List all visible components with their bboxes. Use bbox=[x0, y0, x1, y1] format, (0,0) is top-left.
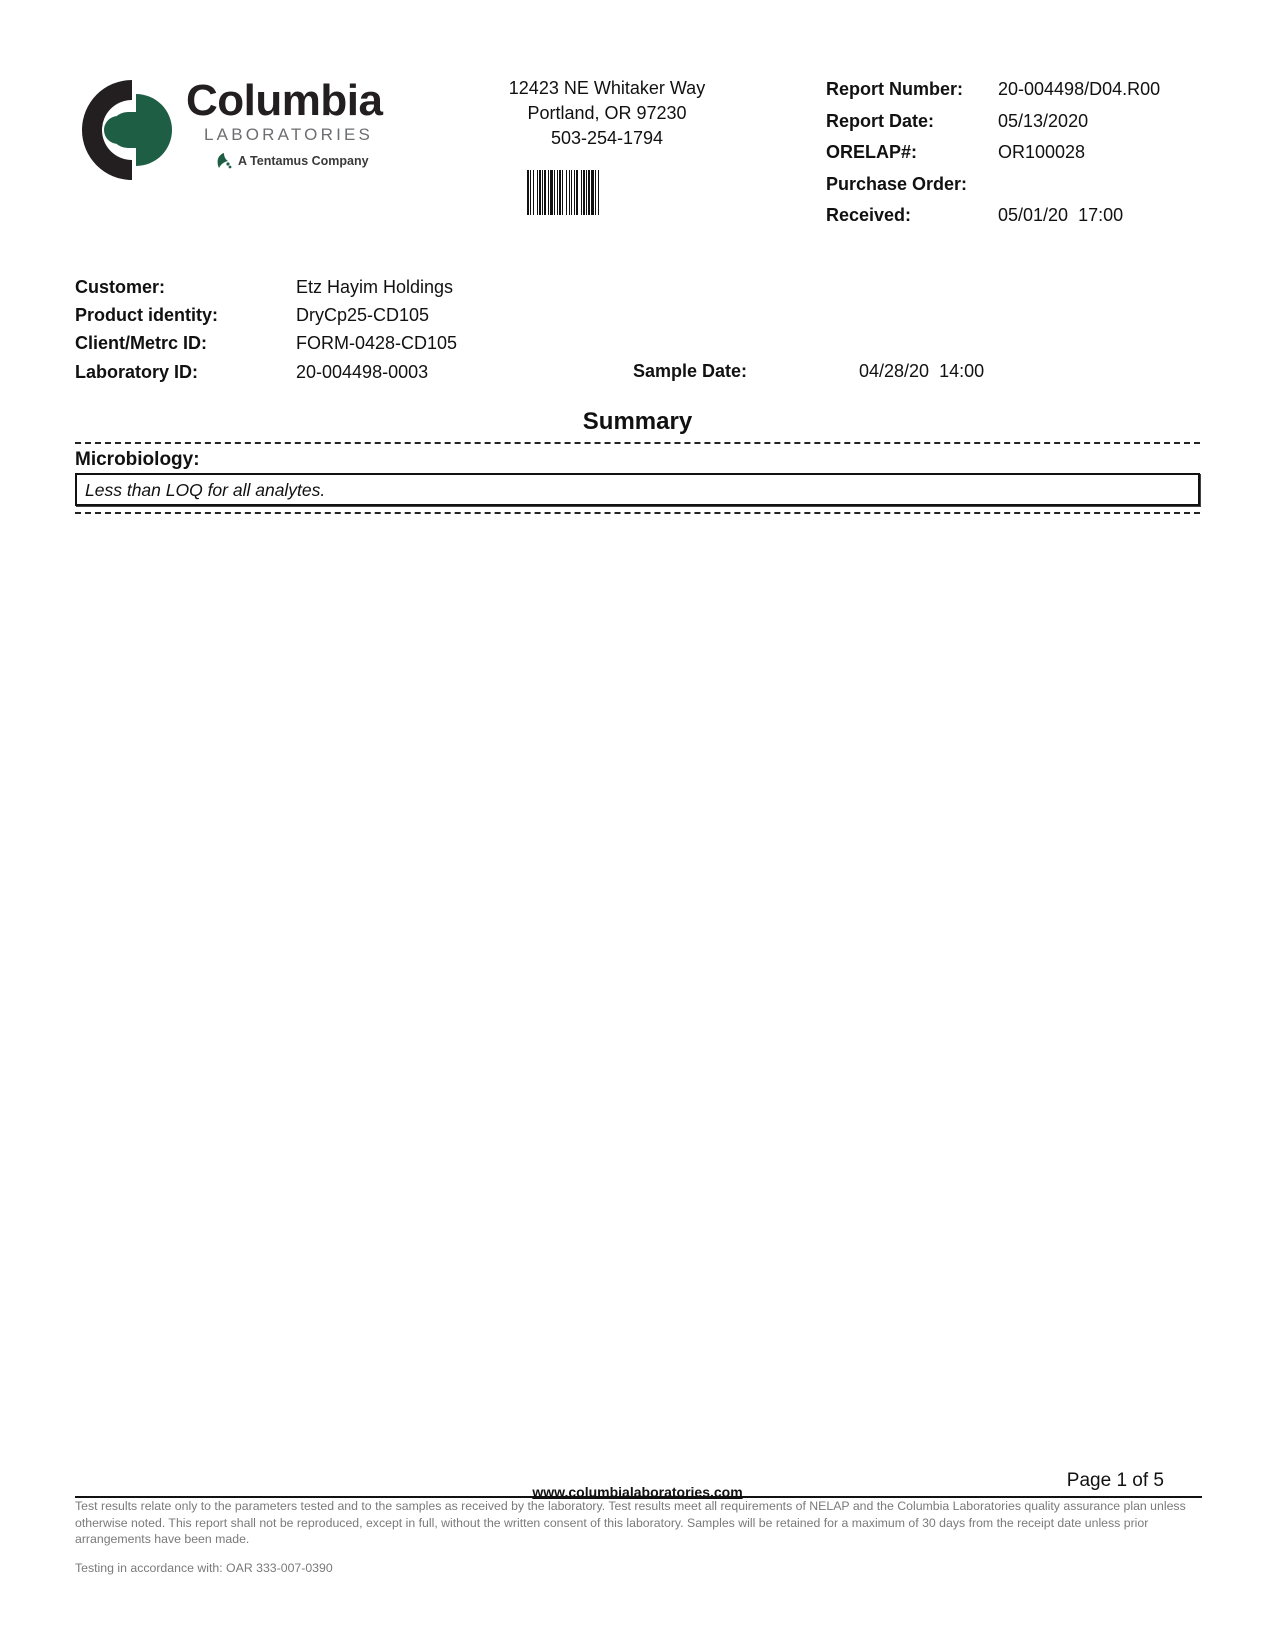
received-label: Received: bbox=[826, 204, 911, 226]
orelap-label: ORELAP#: bbox=[826, 141, 917, 163]
client-metrc-id-value: FORM-0428-CD105 bbox=[296, 332, 457, 354]
report-date-value: 05/13/2020 bbox=[998, 110, 1088, 132]
laboratory-id-value: 20-004498-0003 bbox=[296, 361, 428, 383]
tentamus-leaf-icon bbox=[214, 151, 234, 171]
barcode-icon bbox=[527, 170, 669, 215]
dashed-divider-top bbox=[75, 442, 1200, 444]
lab-address: 12423 NE Whitaker Way Portland, OR 97230… bbox=[457, 76, 757, 151]
customer-value: Etz Hayim Holdings bbox=[296, 276, 453, 298]
brand-tagline: A Tentamus Company bbox=[214, 151, 369, 171]
company-logo: Columbia LABORATORIES A Tentamus Company bbox=[78, 76, 408, 188]
product-identity-label: Product identity: bbox=[75, 304, 218, 326]
orelap-value: OR100028 bbox=[998, 141, 1085, 163]
customer-label: Customer: bbox=[75, 276, 165, 298]
address-city: Portland, OR 97230 bbox=[457, 101, 757, 126]
sample-date-value: 04/28/20 14:00 bbox=[859, 361, 984, 382]
laboratory-id-label: Laboratory ID: bbox=[75, 361, 198, 383]
report-date-label: Report Date: bbox=[826, 110, 934, 132]
sample-date-label: Sample Date: bbox=[633, 361, 747, 382]
brand-name: Columbia bbox=[186, 76, 382, 126]
client-metrc-id-label: Client/Metrc ID: bbox=[75, 332, 207, 354]
summary-title: Summary bbox=[0, 408, 1275, 436]
received-value: 05/01/20 17:00 bbox=[998, 204, 1123, 226]
product-identity-value: DryCp25-CD105 bbox=[296, 304, 429, 326]
report-number-value: 20-004498/D04.R00 bbox=[998, 78, 1160, 100]
columbia-logo-mark-icon bbox=[78, 76, 186, 184]
dashed-divider-bottom bbox=[75, 512, 1200, 514]
microbiology-result-box: Less than LOQ for all analytes. bbox=[75, 473, 1200, 506]
address-phone: 503-254-1794 bbox=[457, 126, 757, 151]
compliance-text: Testing in accordance with: OAR 333-007-… bbox=[75, 1561, 333, 1575]
purchase-order-label: Purchase Order: bbox=[826, 173, 967, 195]
brand-subtitle: LABORATORIES bbox=[204, 124, 373, 146]
microbiology-label: Microbiology: bbox=[75, 449, 200, 471]
address-street: 12423 NE Whitaker Way bbox=[457, 76, 757, 101]
disclaimer-text: Test results relate only to the paramete… bbox=[75, 1498, 1205, 1548]
report-number-label: Report Number: bbox=[826, 78, 963, 100]
tagline-text: A Tentamus Company bbox=[238, 151, 369, 171]
microbiology-result-text: Less than LOQ for all analytes. bbox=[85, 480, 325, 501]
